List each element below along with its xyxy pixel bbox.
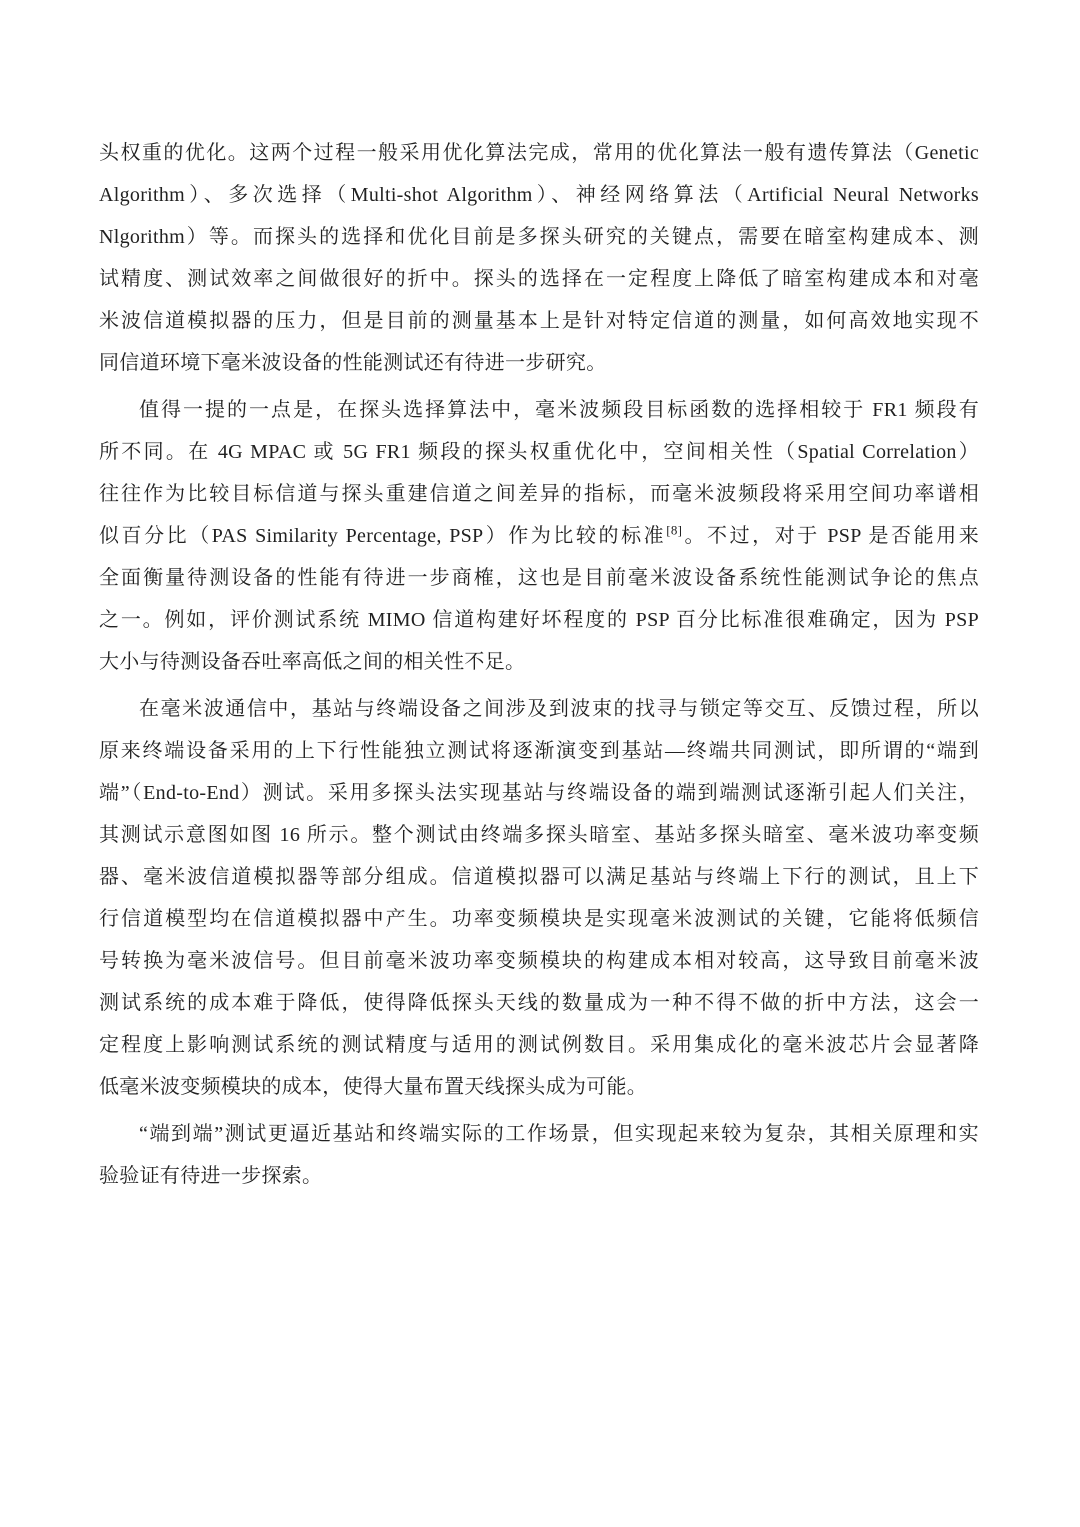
paragraph-2: 值得一提的一点是，在探头选择算法中，毫米波频段目标函数的选择相较于 FR1 频段…: [99, 389, 979, 683]
text-line: Nlgorithm）等。而探头的选择和优化目前是多探头研究的关键点，需要在暗室构…: [99, 216, 979, 258]
text-line: 大小与待测设备吞吐率高低之间的相关性不足。: [99, 641, 979, 683]
text-line: Algorithm）、多次选择（Multi-shot Algorithm）、神经…: [99, 174, 979, 216]
text-segment: 。不过，对于 PSP 是否能用来: [682, 525, 979, 547]
paragraph-4: “端到端”测试更逼近基站和终端实际的工作场景，但实现起来较为复杂，其相关原理和实…: [99, 1113, 979, 1197]
paragraph-1: 头权重的优化。这两个过程一般采用优化算法完成，常用的优化算法一般有遗传算法（Ge…: [99, 132, 979, 384]
text-segment: 似百分比（PAS Similarity Percentage, PSP）作为比较…: [99, 525, 666, 547]
text-line: 行信道模型均在信道模拟器中产生。功率变频模块是实现毫米波测试的关键，它能将低频信: [99, 898, 979, 940]
document-page: 头权重的优化。这两个过程一般采用优化算法完成，常用的优化算法一般有遗传算法（Ge…: [0, 0, 1080, 1527]
text-line: 低毫米波变频模块的成本，使得大量布置天线探头成为可能。: [99, 1066, 979, 1108]
text-line: 器、毫米波信道模拟器等部分组成。信道模拟器可以满足基站与终端上下行的测试，且上下: [99, 856, 979, 898]
paragraph-3: 在毫米波通信中，基站与终端设备之间涉及到波束的找寻与锁定等交互、反馈过程，所以 …: [99, 688, 979, 1108]
citation-ref: [8]: [666, 522, 682, 537]
text-line: 头权重的优化。这两个过程一般采用优化算法完成，常用的优化算法一般有遗传算法（Ge…: [99, 132, 979, 174]
text-line: 原来终端设备采用的上下行性能独立测试将逐渐演变到基站—终端共同测试，即所谓的“端…: [99, 730, 979, 772]
text-line: 在毫米波通信中，基站与终端设备之间涉及到波束的找寻与锁定等交互、反馈过程，所以: [99, 688, 979, 730]
document-text: 头权重的优化。这两个过程一般采用优化算法完成，常用的优化算法一般有遗传算法（Ge…: [99, 132, 979, 1202]
text-line: 全面衡量待测设备的性能有待进一步商榷，这也是目前毫米波设备系统性能测试争论的焦点: [99, 557, 979, 599]
text-line: 同信道环境下毫米波设备的性能测试还有待进一步研究。: [99, 342, 979, 384]
text-line: 试精度、测试效率之间做很好的折中。探头的选择在一定程度上降低了暗室构建成本和对毫: [99, 258, 979, 300]
text-line: 其测试示意图如图 16 所示。整个测试由终端多探头暗室、基站多探头暗室、毫米波功…: [99, 814, 979, 856]
text-line: 定程度上影响测试系统的测试精度与适用的测试例数目。采用集成化的毫米波芯片会显著降: [99, 1024, 979, 1066]
text-line: 所不同。在 4G MPAC 或 5G FR1 频段的探头权重优化中，空间相关性（…: [99, 431, 979, 473]
text-line: 之一。例如，评价测试系统 MIMO 信道构建好坏程度的 PSP 百分比标准很难确…: [99, 599, 979, 641]
text-line: 往往作为比较目标信道与探头重建信道之间差异的指标，而毫米波频段将采用空间功率谱相: [99, 473, 979, 515]
text-line: 测试系统的成本难于降低，使得降低探头天线的数量成为一种不得不做的折中方法，这会一: [99, 982, 979, 1024]
text-line: 端”（End-to-End）测试。采用多探头法实现基站与终端设备的端到端测试逐渐…: [99, 772, 979, 814]
text-line: 号转换为毫米波信号。但目前毫米波功率变频模块的构建成本相对较高，这导致目前毫米波: [99, 940, 979, 982]
text-line-with-citation: 似百分比（PAS Similarity Percentage, PSP）作为比较…: [99, 515, 979, 557]
text-line: 米波信道模拟器的压力，但是目前的测量基本上是针对特定信道的测量，如何高效地实现不: [99, 300, 979, 342]
text-line: 验验证有待进一步探索。: [99, 1155, 979, 1197]
text-line: 值得一提的一点是，在探头选择算法中，毫米波频段目标函数的选择相较于 FR1 频段…: [99, 389, 979, 431]
text-line: “端到端”测试更逼近基站和终端实际的工作场景，但实现起来较为复杂，其相关原理和实: [99, 1113, 979, 1155]
